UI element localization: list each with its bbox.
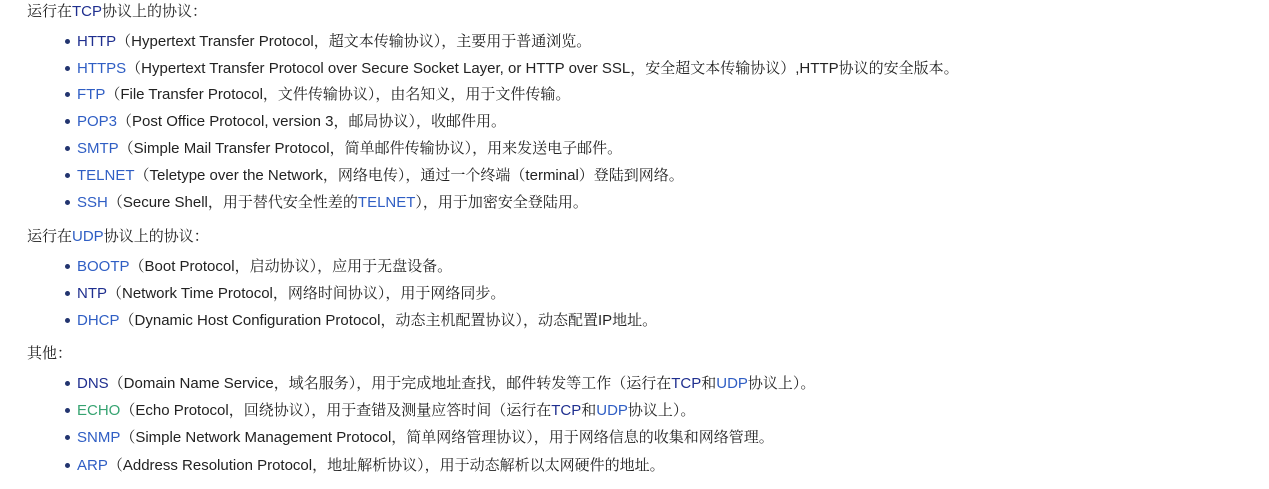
list-item-https: HTTPS（Hypertext Transfer Protocol over S… xyxy=(65,58,959,80)
heading-suffix: 协议上的协议： xyxy=(102,3,207,20)
heading-prefix: 运行在 xyxy=(27,3,72,20)
snmp-link[interactable]: SNMP xyxy=(77,429,120,446)
item-description: （Simple Mail Transfer Protocol，简单邮件传输协议）… xyxy=(119,140,622,157)
bullet-icon xyxy=(65,291,70,296)
item-description: （File Transfer Protocol，文件传输协议），由名知义，用于文… xyxy=(105,86,570,103)
list-item-ftp: FTP（File Transfer Protocol，文件传输协议），由名知义，… xyxy=(65,84,570,106)
item-description-b: ），用于加密安全登陆用。 xyxy=(415,194,588,211)
section-heading-tcp: 运行在TCP协议上的协议： xyxy=(27,1,207,23)
list-item-pop3: POP3（Post Office Protocol, version 3，邮局协… xyxy=(65,111,506,133)
smtp-link[interactable]: SMTP xyxy=(77,140,119,157)
dns-link[interactable]: DNS xyxy=(77,375,109,392)
http-link[interactable]: HTTP xyxy=(77,33,116,50)
bullet-icon xyxy=(65,119,70,124)
telnet-inline-link[interactable]: TELNET xyxy=(358,194,416,211)
list-item-echo: ECHO（Echo Protocol，回绕协议），用于查错及测量应答时间（运行在… xyxy=(65,400,695,422)
item-description-b: 协议上）。 xyxy=(748,375,816,392)
bullet-icon xyxy=(65,200,70,205)
tcp-link[interactable]: TCP xyxy=(72,3,102,20)
bullet-icon xyxy=(65,408,70,413)
list-item-dns: DNS（Domain Name Service，域名服务），用于完成地址查找，邮… xyxy=(65,373,815,395)
udp-inline-link[interactable]: UDP xyxy=(716,375,748,392)
udp-inline-link[interactable]: UDP xyxy=(596,402,628,419)
tcp-inline-link[interactable]: TCP xyxy=(551,402,581,419)
item-description: （Boot Protocol，启动协议），应用于无盘设备。 xyxy=(130,258,453,275)
conjunction-text: 和 xyxy=(581,402,596,419)
https-link[interactable]: HTTPS xyxy=(77,60,126,77)
item-description-a: （Domain Name Service，域名服务），用于完成地址查找，邮件转发… xyxy=(109,375,672,392)
bootp-link[interactable]: BOOTP xyxy=(77,258,130,275)
item-description-a: （Echo Protocol，回绕协议），用于查错及测量应答时间（运行在 xyxy=(120,402,551,419)
list-item-dhcp: DHCP（Dynamic Host Configuration Protocol… xyxy=(65,310,657,332)
item-description: （Post Office Protocol, version 3，邮局协议），收… xyxy=(117,113,506,130)
bullet-icon xyxy=(65,318,70,323)
list-item-bootp: BOOTP（Boot Protocol，启动协议），应用于无盘设备。 xyxy=(65,256,452,278)
section-heading-udp: 运行在UDP协议上的协议： xyxy=(27,226,209,248)
list-item-http: HTTP（Hypertext Transfer Protocol，超文本传输协议… xyxy=(65,31,591,53)
conjunction-text: 和 xyxy=(701,375,716,392)
bullet-icon xyxy=(65,463,70,468)
bullet-icon xyxy=(65,381,70,386)
heading-prefix: 运行在 xyxy=(27,228,72,245)
udp-link[interactable]: UDP xyxy=(72,228,104,245)
list-item-ssh: SSH（Secure Shell，用于替代安全性差的TELNET），用于加密安全… xyxy=(65,192,588,214)
bullet-icon xyxy=(65,146,70,151)
item-description: （Hypertext Transfer Protocol，超文本传输协议），主要… xyxy=(116,33,591,50)
tcp-inline-link[interactable]: TCP xyxy=(671,375,701,392)
heading-suffix: 协议上的协议： xyxy=(104,228,209,245)
ftp-link[interactable]: FTP xyxy=(77,86,105,103)
item-description: （Simple Network Management Protocol，简单网络… xyxy=(120,429,773,446)
telnet-link[interactable]: TELNET xyxy=(77,167,135,184)
bullet-icon xyxy=(65,435,70,440)
section-heading-other: 其他： xyxy=(27,343,72,365)
bullet-icon xyxy=(65,66,70,71)
item-description: （Teletype over the Network，网络电传），通过一个终端（… xyxy=(135,167,684,184)
item-description: （Hypertext Transfer Protocol over Secure… xyxy=(126,60,958,77)
list-item-smtp: SMTP（Simple Mail Transfer Protocol，简单邮件传… xyxy=(65,138,622,160)
arp-link[interactable]: ARP xyxy=(77,457,108,474)
list-item-ntp: NTP（Network Time Protocol，网络时间协议），用于网络同步… xyxy=(65,283,505,305)
list-item-arp: ARP（Address Resolution Protocol，地址解析协议），… xyxy=(65,455,665,477)
ntp-link[interactable]: NTP xyxy=(77,285,107,302)
bullet-icon xyxy=(65,92,70,97)
bullet-icon xyxy=(65,173,70,178)
list-item-snmp: SNMP（Simple Network Management Protocol，… xyxy=(65,427,774,449)
dhcp-link[interactable]: DHCP xyxy=(77,312,120,329)
echo-link[interactable]: ECHO xyxy=(77,402,120,419)
item-description-a: （Secure Shell，用于替代安全性差的 xyxy=(108,194,358,211)
item-description: （Dynamic Host Configuration Protocol，动态主… xyxy=(120,312,658,329)
bullet-icon xyxy=(65,264,70,269)
pop3-link[interactable]: POP3 xyxy=(77,113,117,130)
item-description-b: 协议上）。 xyxy=(628,402,696,419)
item-description: （Address Resolution Protocol，地址解析协议），用于动… xyxy=(108,457,665,474)
list-item-telnet: TELNET（Teletype over the Network，网络电传），通… xyxy=(65,165,684,187)
ssh-link[interactable]: SSH xyxy=(77,194,108,211)
item-description: （Network Time Protocol，网络时间协议），用于网络同步。 xyxy=(107,285,505,302)
bullet-icon xyxy=(65,39,70,44)
